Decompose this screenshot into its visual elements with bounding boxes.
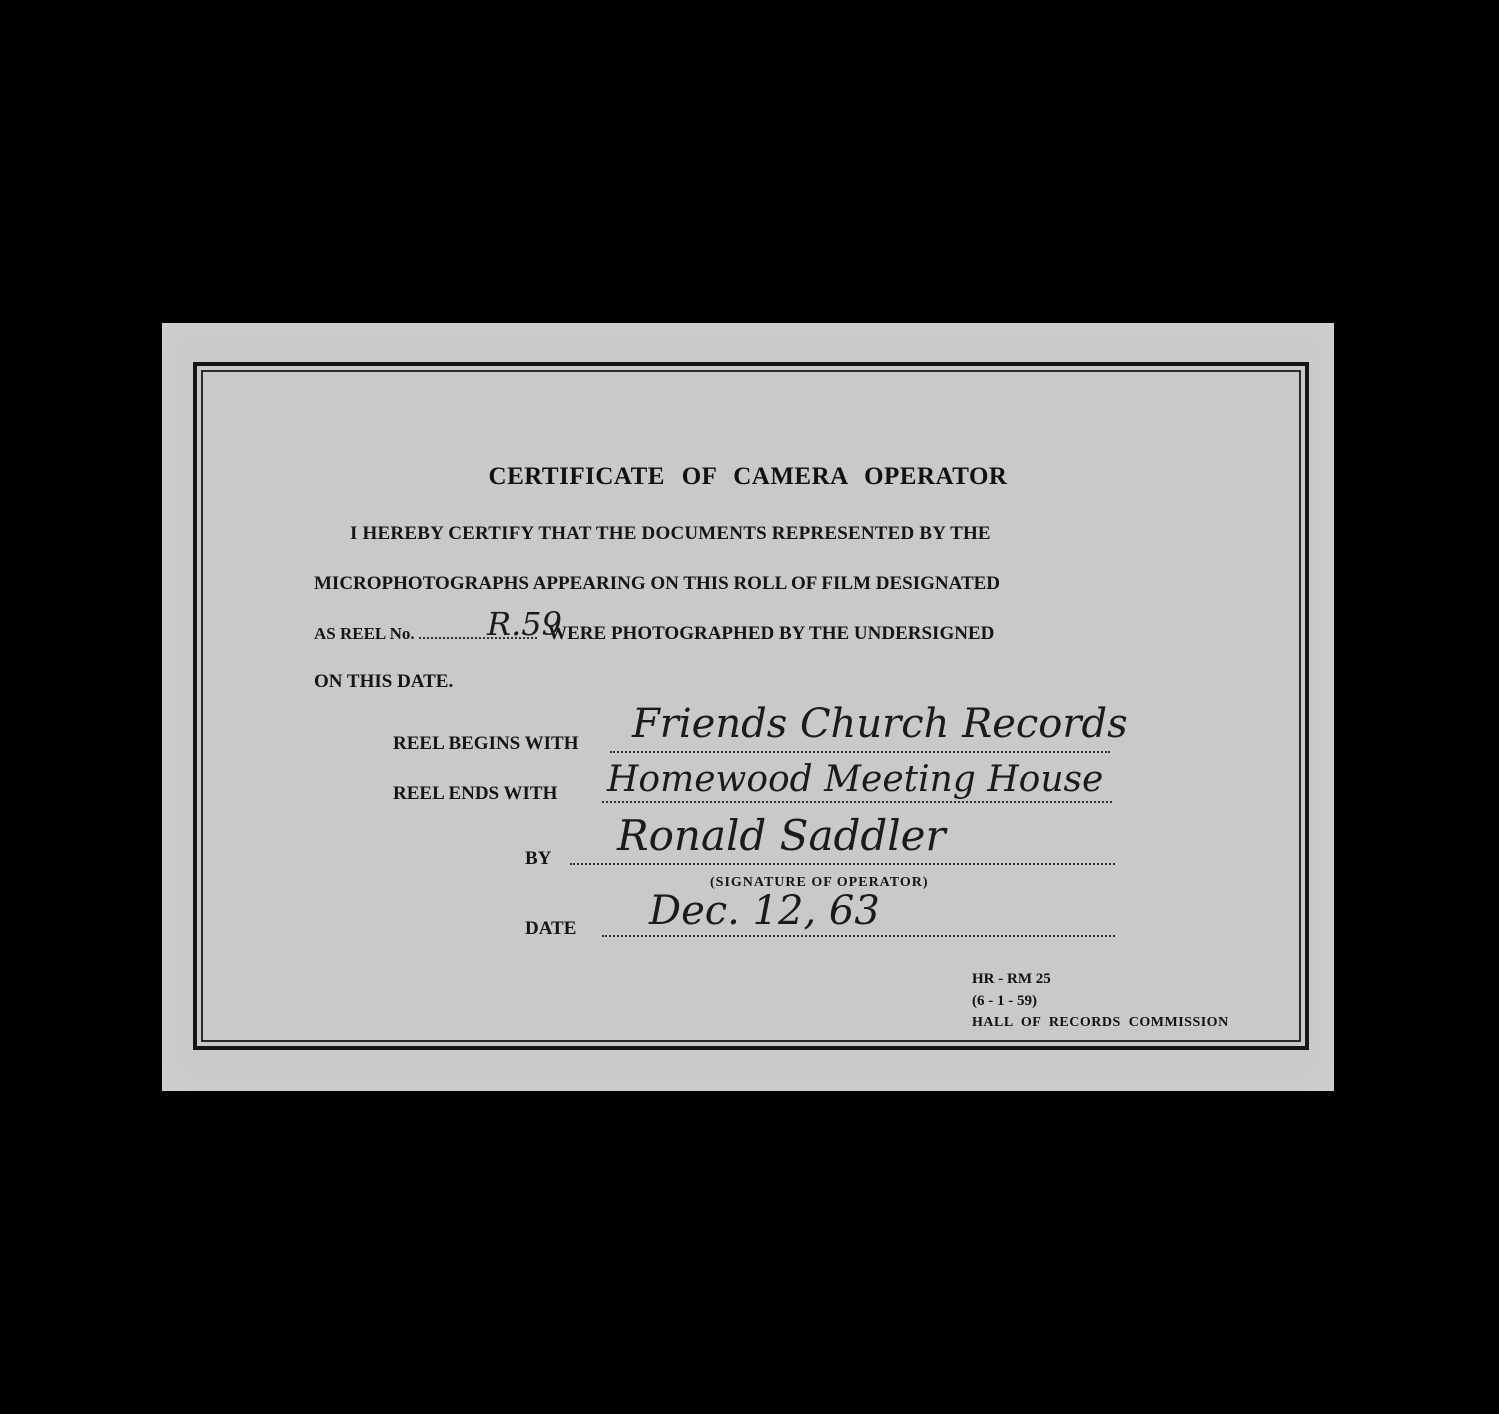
date-label: DATE: [525, 918, 576, 940]
date-value: Dec. 12, 63: [649, 888, 880, 934]
body-line-2: MICROPHOTOGRAPHS APPEARING ON THIS ROLL …: [314, 573, 1000, 595]
date-dotted-line: [602, 935, 1115, 937]
form-number: HR - RM 25: [972, 968, 1229, 990]
form-info: HR - RM 25 (6 - 1 - 59) HALL OF RECORDS …: [972, 968, 1229, 1034]
certificate-card: CERTIFICATE OF CAMERA OPERATOR I HEREBY …: [162, 323, 1334, 1091]
issuer: HALL OF RECORDS COMMISSION: [972, 1012, 1229, 1034]
reel-ends-label: REEL ENDS WITH: [393, 783, 557, 805]
by-label: BY: [525, 848, 551, 870]
reel-no-value: R.59: [487, 605, 562, 643]
signature-dotted-line: [570, 863, 1115, 865]
reel-no-label: AS REEL No.: [314, 624, 415, 643]
reel-ends-value: Homewood Meeting House: [607, 759, 1103, 800]
signature-value: Ronald Saddler: [617, 811, 946, 860]
body-line-4: ON THIS DATE.: [314, 671, 453, 693]
reel-begins-label: REEL BEGINS WITH: [393, 733, 579, 755]
body-line-3: AS REEL No. WERE PHOTOGRAPHED BY THE UND…: [314, 623, 994, 645]
reel-begins-value: Friends Church Records: [632, 701, 1128, 747]
form-date: (6 - 1 - 59): [972, 990, 1229, 1012]
reel-ends-dotted-line: [602, 801, 1112, 803]
body-line-3-suffix: WERE PHOTOGRAPHED BY THE UNDERSIGNED: [548, 623, 994, 644]
reel-begins-dotted-line: [610, 751, 1110, 753]
certificate-title: CERTIFICATE OF CAMERA OPERATOR: [162, 463, 1334, 491]
body-line-1: I HEREBY CERTIFY THAT THE DOCUMENTS REPR…: [350, 523, 991, 545]
